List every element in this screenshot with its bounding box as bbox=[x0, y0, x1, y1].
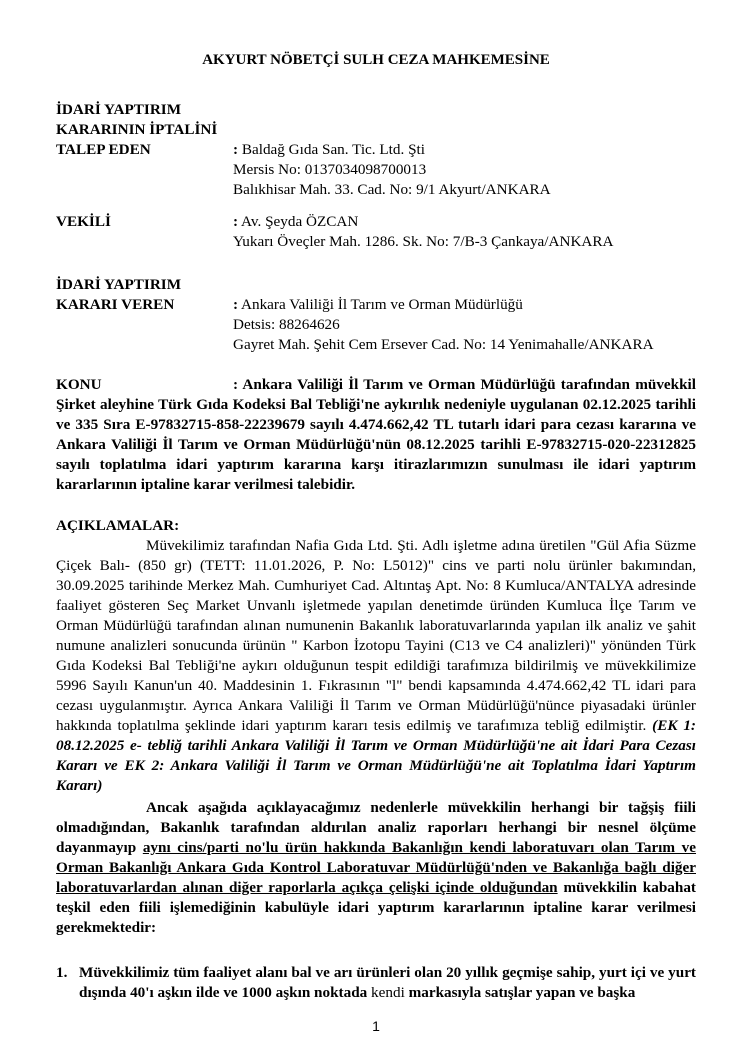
authority-address: Gayret Mah. Şehit Cem Ersever Cad. No: 1… bbox=[233, 335, 654, 355]
paragraph-1-text: Müvekilimiz tarafından Nafia Gıda Ltd. Ş… bbox=[56, 537, 696, 734]
explanations-paragraph-2: Ancak aşağıda açıklayacağımız nedenlerle… bbox=[56, 798, 696, 938]
applicant-mersis: Mersis No: 0137034098700013 bbox=[233, 160, 426, 180]
authority-name: : Ankara Valiliği İl Tarım ve Orman Müdü… bbox=[233, 295, 523, 315]
subject-label: KONU bbox=[56, 375, 233, 395]
list-item-number: 1. bbox=[56, 963, 67, 983]
applicant-label-line-2: KARARININ İPTALİNİ bbox=[56, 120, 217, 140]
explanations-heading: AÇIKLAMALAR: bbox=[56, 516, 696, 536]
attorney-address: Yukarı Öveçler Mah. 1286. Sk. No: 7/B-3 … bbox=[233, 232, 613, 252]
applicant-label-line-3: TALEP EDEN bbox=[56, 140, 151, 160]
list-item-text: Müvekkilimiz tüm faaliyet alanı bal ve a… bbox=[79, 963, 696, 1003]
authority-label-line-2: KARARI VEREN bbox=[56, 295, 174, 315]
applicant-address: Balıkhisar Mah. 33. Cad. No: 9/1 Akyurt/… bbox=[233, 180, 551, 200]
authority-label-line-1: İDARİ YAPTIRIM bbox=[56, 275, 181, 295]
applicant-name: : Baldağ Gıda San. Tic. Ltd. Şti bbox=[233, 140, 425, 160]
explanations-paragraph-1: Müvekilimiz tarafından Nafia Gıda Ltd. Ş… bbox=[56, 536, 696, 796]
attorney-name: : Av. Şeyda ÖZCAN bbox=[233, 212, 358, 232]
court-title: AKYURT NÖBETÇİ SULH CEZA MAHKEMESİNE bbox=[56, 52, 696, 69]
attorney-label: VEKİLİ bbox=[56, 212, 111, 232]
subject-paragraph: KONU: Ankara Valiliği İl Tarım ve Orman … bbox=[56, 375, 696, 495]
page-number: 1 bbox=[56, 1018, 696, 1034]
applicant-label-line-1: İDARİ YAPTIRIM bbox=[56, 100, 181, 120]
authority-detsis: Detsis: 88264626 bbox=[233, 315, 340, 335]
list-item: 1. Müvekkilimiz tüm faaliyet alanı bal v… bbox=[56, 963, 696, 1003]
